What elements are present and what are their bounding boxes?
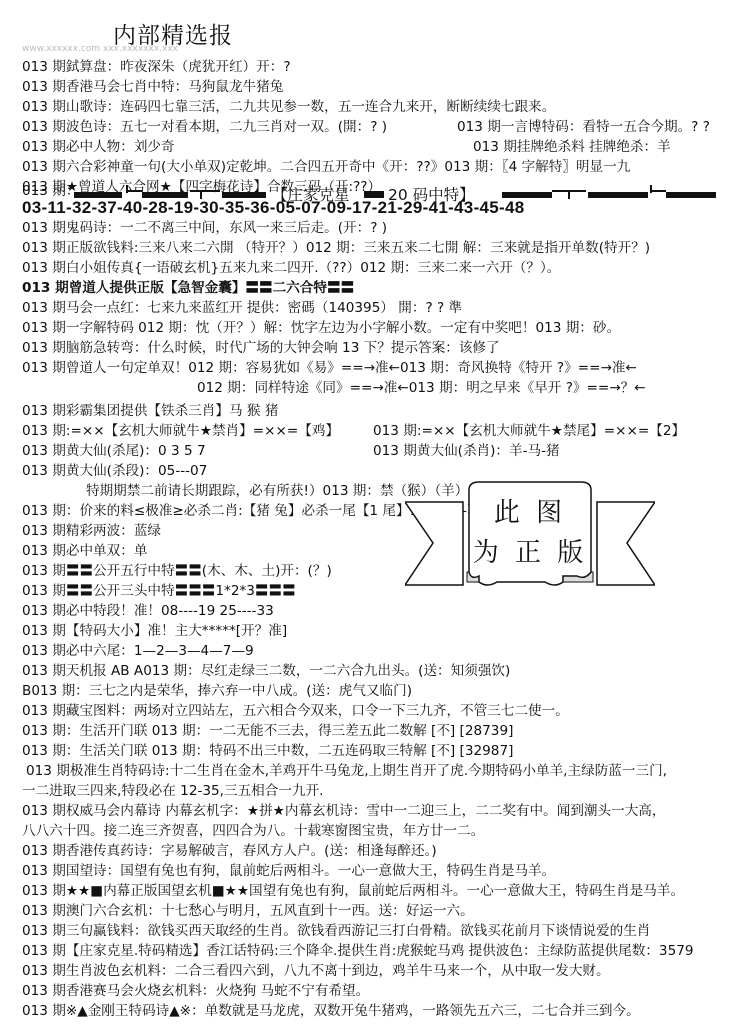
line-20: 013 期黄大仙(杀段)：05---07 <box>22 461 207 481</box>
line-14: 013 期脑筋急转弯：什么时候，时代广场的大钟会响 13 下？提示答案：该修了 <box>22 338 500 358</box>
line-33: 013 期：生活开门联 013 期：一二无能不三去，得三差五此二数解 [不] [… <box>22 721 513 741</box>
line-12: 013 期马会一点红：七来九来蓝红开 提供：密碼（140395） 開：? ? 準 <box>22 298 462 318</box>
line-2: 013 期香港马会七肖中特：马狗鼠龙牛猪兔 <box>22 77 283 97</box>
line-23: 013 期精彩两波：蓝绿 <box>22 521 161 541</box>
bar-segment <box>666 192 716 198</box>
line-25: 013 期〓〓公开五行中特〓〓(木、木、土)开：(？) <box>22 561 332 581</box>
right-line-3: 013 期:=××【玄机大师就牛★禁尾】=××=【2】 <box>373 421 685 441</box>
line-5: 013 期必中人物：刘少奇 <box>22 137 175 157</box>
line-30: 013 期天机报 AB A013 期：尽红走绿三二数，一二六合九出头。(送：知须… <box>22 661 510 681</box>
line-44: 013 期【庄家克星.特码精选】香江话特码:三个降伞.提供生肖:虎猴蛇马鸡 提供… <box>22 941 694 961</box>
bar-segment <box>588 192 648 198</box>
faint-watermark: www.xxxxxx.com xxx.xxxxxxx.xxx <box>22 44 178 54</box>
line-4: 013 期波色诗：五七一对看本期，二九三肖对一双。(開：? ) <box>22 117 387 137</box>
line-10: 013 期白小姐传真{一语破玄机}五来九来二四开.（??）012 期：三来二来一… <box>22 258 560 278</box>
line-1: 013 期鉽算盘：昨夜深朱（虎犹开红）开：? <box>22 57 291 77</box>
line-26: 013 期〓〓公开三头中特〓〓〓1*2*3〓〓〓 <box>22 581 296 601</box>
line-15: 013 期曾道人一句定单双！012 期：容易犹如《易》==→准←013 期：奇风… <box>22 358 637 378</box>
line-27: 013 期必中特段！准！08----19 25----33 <box>22 601 274 621</box>
line-8: 013 期鬼码诗：一二不离三中间，东风一来三后走。(开：? ) <box>22 218 387 238</box>
line-35: 013 期极准生肖特码诗:十二生肖在金木,羊鸡开牛马兔龙,上期生肖开了虎.今期特… <box>26 761 667 781</box>
line-45: 013 期生肖波色玄机料：二合三看四六到，八九不离十到边，鸡羊牛马来一个，从中取… <box>22 961 610 981</box>
line-34: 013 期：生活关门联 013 期：特码不出三中数，二五连码取三特解 [不] [… <box>22 741 513 761</box>
line-31: B013 期：三七之内是荣华，捧六弃一中八成。(送：虎气又临门) <box>22 681 412 701</box>
banner-line-2: 为 正 版 <box>405 532 655 569</box>
right-line-1: 013 期一言博特码：看特一五合今期。? ? <box>457 117 710 137</box>
line-42: 013 期澳门六合玄机：十七愁心与明月，五风直到十一西。送：好运一六。 <box>22 901 474 921</box>
bar-segment <box>190 190 220 192</box>
authentic-version-banner: 此 图 为 正 版 <box>405 480 655 605</box>
line-9: 013 期正版欲钱料:三来八来二六開 （特开？）012 期：三来五来二七開 解：… <box>22 238 650 258</box>
line-28: 013 期【特码大小】准！主大*****[开？准] <box>22 621 287 641</box>
right-line-2: 013 期挂牌绝杀料 挂牌绝杀：羊 <box>473 137 671 157</box>
line-43: 013 期三句赢钱料：欲钱买西天取经的生肖。欲钱看西游记三打白骨精。欲钱买花前月… <box>22 921 650 941</box>
right-line-4: 013 期黄大仙(杀肖)：羊-马-猪 <box>373 441 560 461</box>
bar-segment <box>650 190 666 192</box>
line-16: 012 期：同样特途《同》==→准←013 期：明之早来《早开 ?》==→？← <box>197 378 646 398</box>
bar-segment <box>126 190 142 192</box>
line-37: 013 期权威马会内幕诗 内幕玄机字：★拼★内幕玄机诗：雪中一二迎三上，二二奖有… <box>22 801 666 821</box>
line-6: 013 期六合彩神童一句(大小单双)定乾坤。二合四五开奇中《开：??》013 期… <box>22 157 630 177</box>
banner-line-1: 此 图 <box>405 492 655 529</box>
line-3: 013 期山歌诗：连码四七靠三活，二九共见参一数，五一连合九来开，断断续续七跟来… <box>22 97 555 117</box>
line-29: 013 期必中六尾：1—2—3—4—7—9 <box>22 641 254 661</box>
line-32: 013 期藏宝图料：两场对立四站左，五六相合今双来，口令一下三九齐，不管三七二使… <box>22 701 569 721</box>
line-11: 013 期曾道人提供正版【急智金囊】〓〓二六合特〓〓 <box>22 278 354 298</box>
line-47: 013 期※▲金刚王特码诗▲※：单数就是马龙虎，双数开兔牛猪鸡，一路领先五六三，… <box>22 1001 640 1021</box>
line-39: 013 期香港传真药诗：字易解破言，春风方人户。(送：相逢每醉还。) <box>22 841 437 861</box>
line-19: 013 期黄大仙(杀尾)：0 3 5 7 <box>22 441 206 461</box>
line-38: 八八六十四。接二连三齐贺喜，四四合为八。十载寒窗图宝贵，年方廿一二。 <box>22 821 484 841</box>
line-40: 013 期国望诗：国望有兔也有狗，鼠前蛇后两相斗。一心一意做大王，特码生肖是马羊… <box>22 861 555 881</box>
line-24: 013 期必中单双：单 <box>22 541 147 561</box>
bar-segment <box>364 191 384 198</box>
line-18: 013 期:=××【玄机大师就牛★禁肖】=××=【鸡】 <box>22 421 339 441</box>
line-36: 一二进取三四来,特段必在 12-35,三五相合一九开. <box>22 781 323 801</box>
line-17: 013 期彩霸集团提供【铁杀三肖】马 猴 猪 <box>22 401 278 421</box>
bar-tick <box>568 191 570 199</box>
line-41: 013 期★★■内幕正版国望玄机■★★国望有兔也有狗，鼠前蛇后两相斗。一心一意做… <box>22 881 684 901</box>
line-46: 013 期香港赛马会火烧玄机料：火烧狗 马蛇不宁有希望。 <box>22 981 369 1001</box>
line-13: 013 期一字解特码 012 期：忱（开？）解：忱字左边为小字解小数。一定有中奖… <box>22 318 620 338</box>
special-numbers: 03-11-32-37-40-28-19-30-35-36-05-07-09-1… <box>22 198 525 218</box>
